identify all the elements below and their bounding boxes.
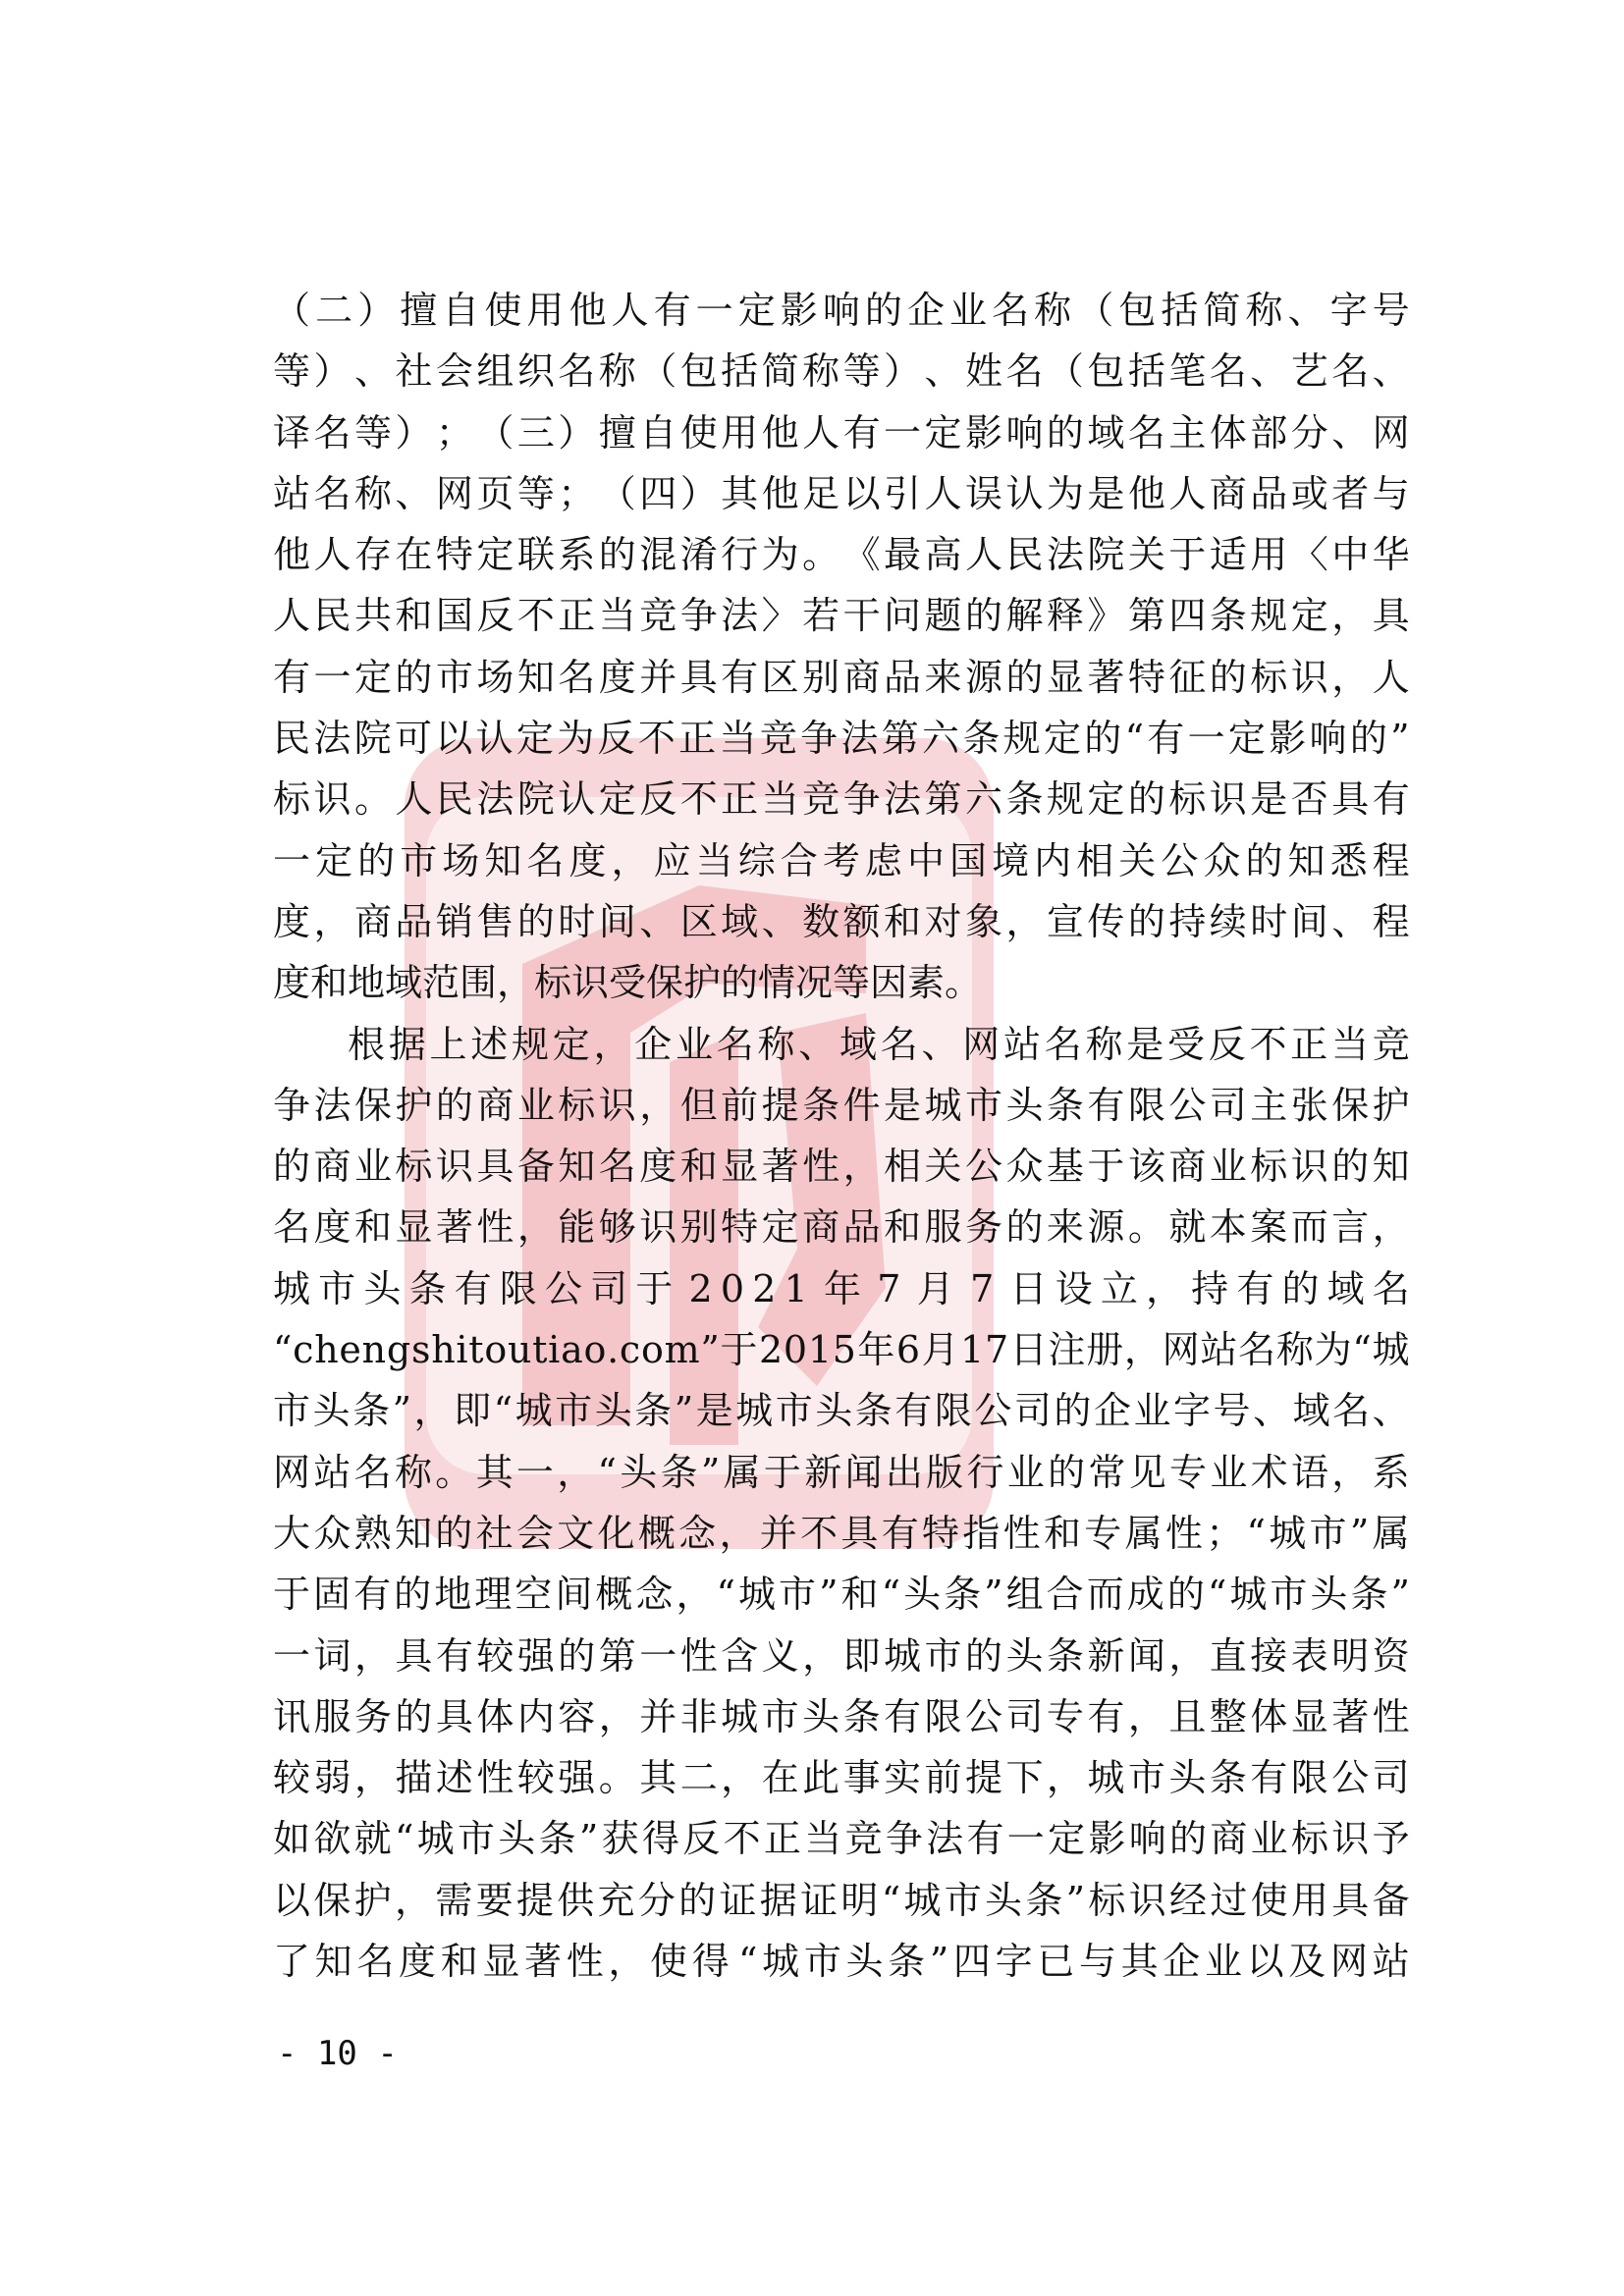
text-line: 译名等）；（三）擅自使用他人有一定影响的域名主体部分、网	[273, 402, 1410, 463]
text-line: 网站名称。其一，“头条”属于新闻出版行业的常见专业术语，系	[273, 1442, 1410, 1503]
text-line: 的商业标识具备知名度和显著性，相关公众基于该商业标识的知	[273, 1136, 1410, 1197]
page-number: - 10 -	[277, 2034, 398, 2073]
text-line: 讯服务的具体内容，并非城市头条有限公司专有，且整体显著性	[273, 1686, 1410, 1747]
body-text: （二）擅自使用他人有一定影响的企业名称（包括简称、字号 等）、社会组织名称（包括…	[273, 280, 1410, 1992]
text-line: 了知名度和显著性，使得 “城市头条”四字已与其企业以及网站	[273, 1931, 1410, 1992]
text-line: 人民共和国反不正当竞争法〉若干问题的解释》第四条规定，具	[273, 585, 1410, 646]
text-line: 站名称、网页等；（四）其他足以引人误认为是他人商品或者与	[273, 463, 1410, 524]
text-line: 一词，具有较强的第一性含义，即城市的头条新闻，直接表明资	[273, 1626, 1410, 1686]
text-line: 度，商品销售的时间、区域、数额和对象，宣传的持续时间、程	[273, 891, 1410, 952]
text-line: 争法保护的商业标识，但前提条件是城市头条有限公司主张保护	[273, 1075, 1410, 1136]
text-line: 名度和显著性，能够识别特定商品和服务的来源。就本案而言，	[273, 1197, 1410, 1257]
text-line: （二）擅自使用他人有一定影响的企业名称（包括简称、字号	[273, 280, 1410, 341]
text-line: 等）、社会组织名称（包括简称等）、姓名（包括笔名、艺名、	[273, 341, 1410, 401]
text-line: 大众熟知的社会文化概念，并不具有特指性和专属性；“城市”属	[273, 1503, 1410, 1564]
text-line: 较弱，描述性较强。其二，在此事实前提下，城市头条有限公司	[273, 1747, 1410, 1808]
text-line: 于固有的地理空间概念，“城市”和“头条”组合而成的“城市头条”	[273, 1564, 1410, 1625]
text-line: 一定的市场知名度，应当综合考虑中国境内相关公众的知悉程	[273, 830, 1410, 891]
text-line: 城市头条有限公司于 2021 年 7 月 7 日设立，持有的域名	[273, 1258, 1410, 1319]
text-line: 以保护，需要提供充分的证据证明“城市头条”标识经过使用具备	[273, 1870, 1410, 1931]
text-line: 市头条”，即“城市头条”是城市头条有限公司的企业字号、域名、	[273, 1380, 1410, 1441]
text-line: 民法院可以认定为反不正当竞争法第六条规定的“有一定影响的”	[273, 708, 1410, 769]
text-line: “chengshitoutiao.com”于 2015 年 6 月 17 日注册…	[273, 1319, 1410, 1380]
text-line: 度和地域范围，标识受保护的情况等因素。	[273, 952, 1410, 1013]
document-page: （二）擅自使用他人有一定影响的企业名称（包括简称、字号 等）、社会组织名称（包括…	[0, 0, 1624, 2296]
text-line: 标识。人民法院认定反不正当竞争法第六条规定的标识是否具有	[273, 769, 1410, 829]
text-line: 有一定的市场知名度并具有区别商品来源的显著特征的标识，人	[273, 647, 1410, 708]
text-line: 如欲就“城市头条”获得反不正当竞争法有一定影响的商业标识予	[273, 1808, 1410, 1869]
text-line: 他人存在特定联系的混淆行为。《最高人民法院关于适用〈中华	[273, 524, 1410, 585]
paragraph-start-line: 根据上述规定，企业名称、域名、网站名称是受反不正当竞	[273, 1014, 1410, 1075]
